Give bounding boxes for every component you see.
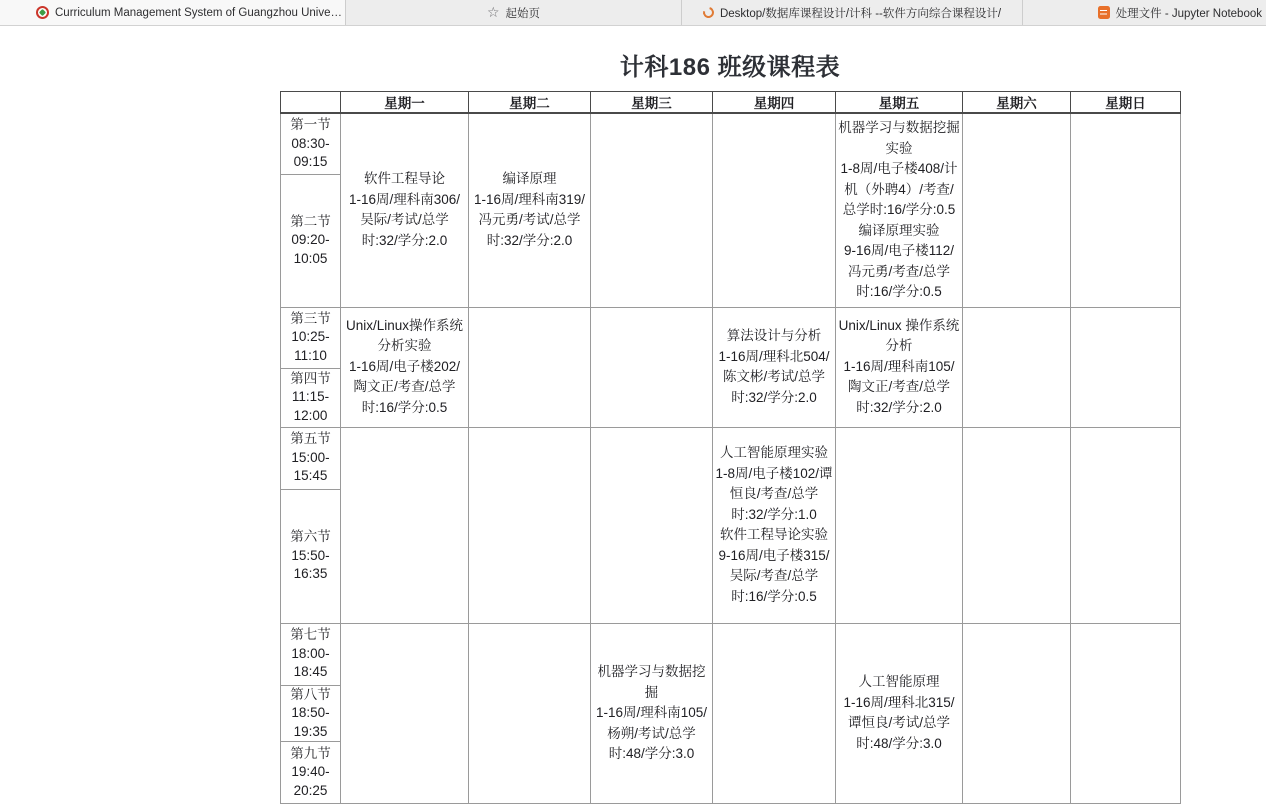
course-name: 机器学习与数据挖掘 <box>593 662 710 703</box>
course-cell: Unix/Linux 操作系统分析1-16周/理科南105/陶文正/考查/总学时… <box>836 307 963 427</box>
course-cell: 人工智能原理实验1-8周/电子楼102/谭恒良/考查/总学时:32/学分:1.0… <box>713 427 836 623</box>
corner-cell <box>281 92 341 114</box>
empty-cell <box>591 113 713 307</box>
tab-label: Curriculum Management System of Guangzho… <box>55 7 345 19</box>
course-details: 1-16周/电子楼202/陶文正/考查/总学时:16/学分:0.5 <box>343 357 466 419</box>
course-name: 算法设计与分析 <box>715 326 833 347</box>
empty-cell <box>591 427 713 623</box>
day-header: 星期二 <box>469 92 591 114</box>
empty-cell <box>713 113 836 307</box>
day-header: 星期一 <box>341 92 469 114</box>
course-details: 1-16周/理科北504/陈文彬/考试/总学时:32/学分:2.0 <box>715 347 833 409</box>
course-name: 人工智能原理 <box>838 672 960 693</box>
period-cell: 第二节09:20-10:05 <box>281 174 341 307</box>
course-name: 软件工程导论 <box>343 169 466 190</box>
course-cell: 软件工程导论1-16周/理科南306/吴际/考试/总学时:32/学分:2.0 <box>341 113 469 307</box>
period-text-line: 15:50- <box>283 547 338 566</box>
period-row: 第一节08:30-09:15软件工程导论1-16周/理科南306/吴际/考试/总… <box>281 113 1181 174</box>
period-text-line: 10:05 <box>283 250 338 269</box>
empty-cell <box>963 427 1071 623</box>
tab-label: 处理文件 - Jupyter Notebook <box>1116 5 1262 21</box>
period-text-line: 10:25- <box>283 328 338 347</box>
course-details: 9-16周/电子楼315/吴际/考查/总学时:16/学分:0.5 <box>715 546 833 608</box>
period-text-line: 第一节 <box>283 116 338 135</box>
day-header: 星期三 <box>591 92 713 114</box>
course-details: 1-16周/理科南105/陶文正/考查/总学时:32/学分:2.0 <box>838 357 960 419</box>
course-details: 1-8周/电子楼408/计机（外聘4）/考查/总学时:16/学分:0.5 <box>838 159 960 221</box>
course-cell: 编译原理1-16周/理科南319/冯元勇/考试/总学时:32/学分:2.0 <box>469 113 591 307</box>
period-cell: 第三节10:25-11:10 <box>281 307 341 368</box>
period-text-line: 第五节 <box>283 430 338 449</box>
empty-cell <box>1071 113 1181 307</box>
period-cell: 第一节08:30-09:15 <box>281 113 341 174</box>
day-header: 星期日 <box>1071 92 1181 114</box>
period-text-line: 11:15- <box>283 388 338 407</box>
empty-cell <box>469 427 591 623</box>
period-row: 第五节15:00-15:45人工智能原理实验1-8周/电子楼102/谭恒良/考查… <box>281 427 1181 489</box>
period-text-line: 18:45 <box>283 663 338 682</box>
course-cell: 人工智能原理1-16周/理科北315/谭恒良/考试/总学时:48/学分:3.0 <box>836 623 963 804</box>
day-header-row: 星期一星期二星期三星期四星期五星期六星期日 <box>281 92 1181 114</box>
course-details: 1-16周/理科北315/谭恒良/考试/总学时:48/学分:3.0 <box>838 693 960 755</box>
period-text-line: 第六节 <box>283 528 338 547</box>
course-name: 软件工程导论实验 <box>715 525 833 546</box>
tab-jupyter-notebook[interactable]: 处理文件 - Jupyter Notebook <box>1022 0 1266 25</box>
course-name: 人工智能原理实验 <box>715 443 833 464</box>
course-cell: 机器学习与数据挖掘实验1-8周/电子楼408/计机（外聘4）/考查/总学时:16… <box>836 113 963 307</box>
empty-cell <box>963 307 1071 427</box>
period-cell: 第九节19:40-20:25 <box>281 742 341 804</box>
tab-label: Desktop/数据库课程设计/计科 --软件方向综合课程设计/ <box>720 5 1001 21</box>
period-cell: 第六节15:50-16:35 <box>281 489 341 623</box>
period-text-line: 19:40- <box>283 763 338 782</box>
period-text-line: 20:25 <box>283 782 338 801</box>
period-text-line: 第四节 <box>283 370 338 389</box>
period-text-line: 09:20- <box>283 231 338 250</box>
day-header: 星期五 <box>836 92 963 114</box>
period-text-line: 09:15 <box>283 153 338 172</box>
empty-cell <box>836 427 963 623</box>
course-name: 编译原理实验 <box>838 221 960 242</box>
period-text-line: 15:45 <box>283 467 338 486</box>
empty-cell <box>591 307 713 427</box>
loading-spinner-icon <box>701 5 716 20</box>
period-row: 第七节18:00-18:45机器学习与数据挖掘1-16周/理科南105/杨朔/考… <box>281 623 1181 685</box>
day-header: 星期四 <box>713 92 836 114</box>
period-text-line: 16:35 <box>283 565 338 584</box>
empty-cell <box>1071 427 1181 623</box>
course-details: 9-16周/电子楼112/冯元勇/考查/总学时:16/学分:0.5 <box>838 241 960 303</box>
period-text-line: 12:00 <box>283 407 338 426</box>
period-text-line: 08:30- <box>283 135 338 154</box>
timetable: 星期一星期二星期三星期四星期五星期六星期日第一节08:30-09:15软件工程导… <box>280 91 1181 804</box>
page-title: 计科186 班级课程表 <box>280 47 1180 82</box>
period-cell: 第四节11:15-12:00 <box>281 368 341 427</box>
period-text-line: 15:00- <box>283 449 338 468</box>
period-text-line: 第八节 <box>283 686 338 705</box>
period-text-line: 第三节 <box>283 310 338 329</box>
university-favicon-icon <box>36 6 49 19</box>
period-text-line: 18:50- <box>283 704 338 723</box>
course-name: 机器学习与数据挖掘实验 <box>838 118 960 159</box>
period-cell: 第五节15:00-15:45 <box>281 427 341 489</box>
period-cell: 第七节18:00-18:45 <box>281 623 341 685</box>
tab-label: 起始页 <box>506 5 541 21</box>
period-text-line: 第九节 <box>283 745 338 764</box>
course-name: 编译原理 <box>471 169 588 190</box>
period-text-line: 11:10 <box>283 347 338 366</box>
period-text-line: 18:00- <box>283 645 338 664</box>
tab-desktop-folder[interactable]: Desktop/数据库课程设计/计科 --软件方向综合课程设计/ <box>681 0 1022 25</box>
empty-cell <box>963 113 1071 307</box>
day-header: 星期六 <box>963 92 1071 114</box>
course-details: 1-16周/理科南105/杨朔/考试/总学时:48/学分:3.0 <box>593 703 710 765</box>
browser-tab-bar: Curriculum Management System of Guangzho… <box>0 0 1266 26</box>
course-cell: 算法设计与分析1-16周/理科北504/陈文彬/考试/总学时:32/学分:2.0 <box>713 307 836 427</box>
tab-curriculum-system[interactable]: Curriculum Management System of Guangzho… <box>0 0 345 25</box>
course-details: 1-16周/理科南319/冯元勇/考试/总学时:32/学分:2.0 <box>471 190 588 252</box>
course-cell: 机器学习与数据挖掘1-16周/理科南105/杨朔/考试/总学时:48/学分:3.… <box>591 623 713 804</box>
tab-start-page[interactable]: 起始页 <box>345 0 681 25</box>
empty-cell <box>469 623 591 804</box>
period-cell: 第八节18:50-19:35 <box>281 685 341 742</box>
jupyter-icon <box>1098 6 1110 19</box>
empty-cell <box>1071 623 1181 804</box>
course-details: 1-16周/理科南306/吴际/考试/总学时:32/学分:2.0 <box>343 190 466 252</box>
empty-cell <box>341 427 469 623</box>
empty-cell <box>1071 307 1181 427</box>
empty-cell <box>713 623 836 804</box>
period-text-line: 19:35 <box>283 723 338 742</box>
empty-cell <box>469 307 591 427</box>
star-icon <box>487 5 500 20</box>
period-text-line: 第七节 <box>283 626 338 645</box>
empty-cell <box>963 623 1071 804</box>
course-cell: Unix/Linux操作系统分析实验1-16周/电子楼202/陶文正/考查/总学… <box>341 307 469 427</box>
course-details: 1-8周/电子楼102/谭恒良/考查/总学时:32/学分:1.0 <box>715 464 833 526</box>
course-name: Unix/Linux操作系统分析实验 <box>343 316 466 357</box>
empty-cell <box>341 623 469 804</box>
schedule-sheet: 计科186 班级课程表 星期一星期二星期三星期四星期五星期六星期日第一节08:3… <box>280 47 1180 804</box>
period-row: 第三节10:25-11:10Unix/Linux操作系统分析实验1-16周/电子… <box>281 307 1181 368</box>
period-text-line: 第二节 <box>283 213 338 232</box>
course-name: Unix/Linux 操作系统分析 <box>838 316 960 357</box>
